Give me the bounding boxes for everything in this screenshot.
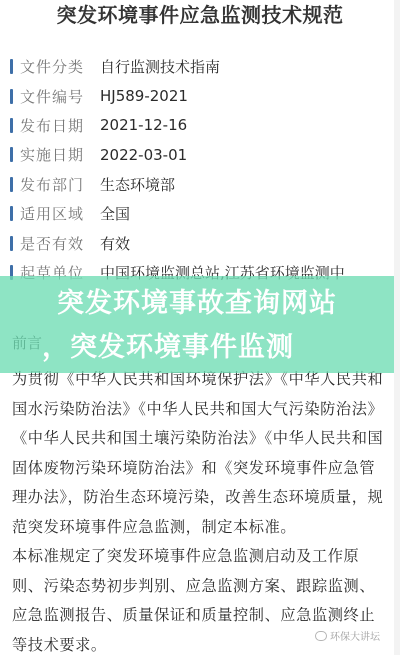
accent-bar xyxy=(10,89,13,104)
watermark-text: 环保大讲坛 xyxy=(330,628,380,643)
meta-label: 文件分类 xyxy=(20,56,100,77)
metadata-list: 文件分类 自行监测技术指南 文件编号 HJ589-2021 发布日期 2021-… xyxy=(10,52,395,287)
meta-value: HJ589-2021 xyxy=(100,87,188,105)
meta-value: 自行监测技术指南 xyxy=(100,56,220,77)
meta-row-effective-date: 实施日期 2022-03-01 xyxy=(10,140,395,169)
accent-bar xyxy=(10,177,13,192)
meta-label: 实施日期 xyxy=(20,144,100,165)
accent-bar xyxy=(10,147,13,162)
meta-value: 全国 xyxy=(100,203,130,224)
overlay-headline-line2: ，突发环境事件监测 xyxy=(42,328,362,368)
meta-row-release-date: 发布日期 2021-12-16 xyxy=(10,111,395,140)
meta-row-category: 文件分类 自行监测技术指南 xyxy=(10,52,395,81)
paragraph: 为贯彻《中华人民共和国环境保护法》《中华人民共和国水污染防治法》《中华人民共和国… xyxy=(12,365,390,542)
meta-label: 文件编号 xyxy=(20,86,100,107)
wechat-icon xyxy=(315,631,327,641)
accent-bar xyxy=(10,118,13,133)
overlay-headline-line1: 突发环境事故查询网站 xyxy=(0,284,394,324)
meta-row-number: 文件编号 HJ589-2021 xyxy=(10,81,395,110)
meta-label: 发布日期 xyxy=(20,115,100,136)
source-watermark: 环保大讲坛 xyxy=(315,628,380,643)
meta-value: 有效 xyxy=(100,233,130,254)
accent-bar xyxy=(10,206,13,221)
meta-row-region: 适用区域 全国 xyxy=(10,199,395,228)
document-title: 突发环境事件应急监测技术规范 xyxy=(0,2,400,28)
accent-bar xyxy=(10,59,13,74)
meta-value: 2021-12-16 xyxy=(100,116,187,134)
meta-row-department: 发布部门 生态环境部 xyxy=(10,170,395,199)
meta-value: 生态环境部 xyxy=(100,174,175,195)
meta-value: 2022-03-01 xyxy=(100,146,187,164)
meta-row-validity: 是否有效 有效 xyxy=(10,228,395,257)
meta-label: 适用区域 xyxy=(20,203,100,224)
accent-bar xyxy=(10,236,13,251)
preface-body: 为贯彻《中华人民共和国环境保护法》《中华人民共和国水污染防治法》《中华人民共和国… xyxy=(12,365,390,655)
meta-label: 发布部门 xyxy=(20,174,100,195)
meta-label: 是否有效 xyxy=(20,233,100,254)
